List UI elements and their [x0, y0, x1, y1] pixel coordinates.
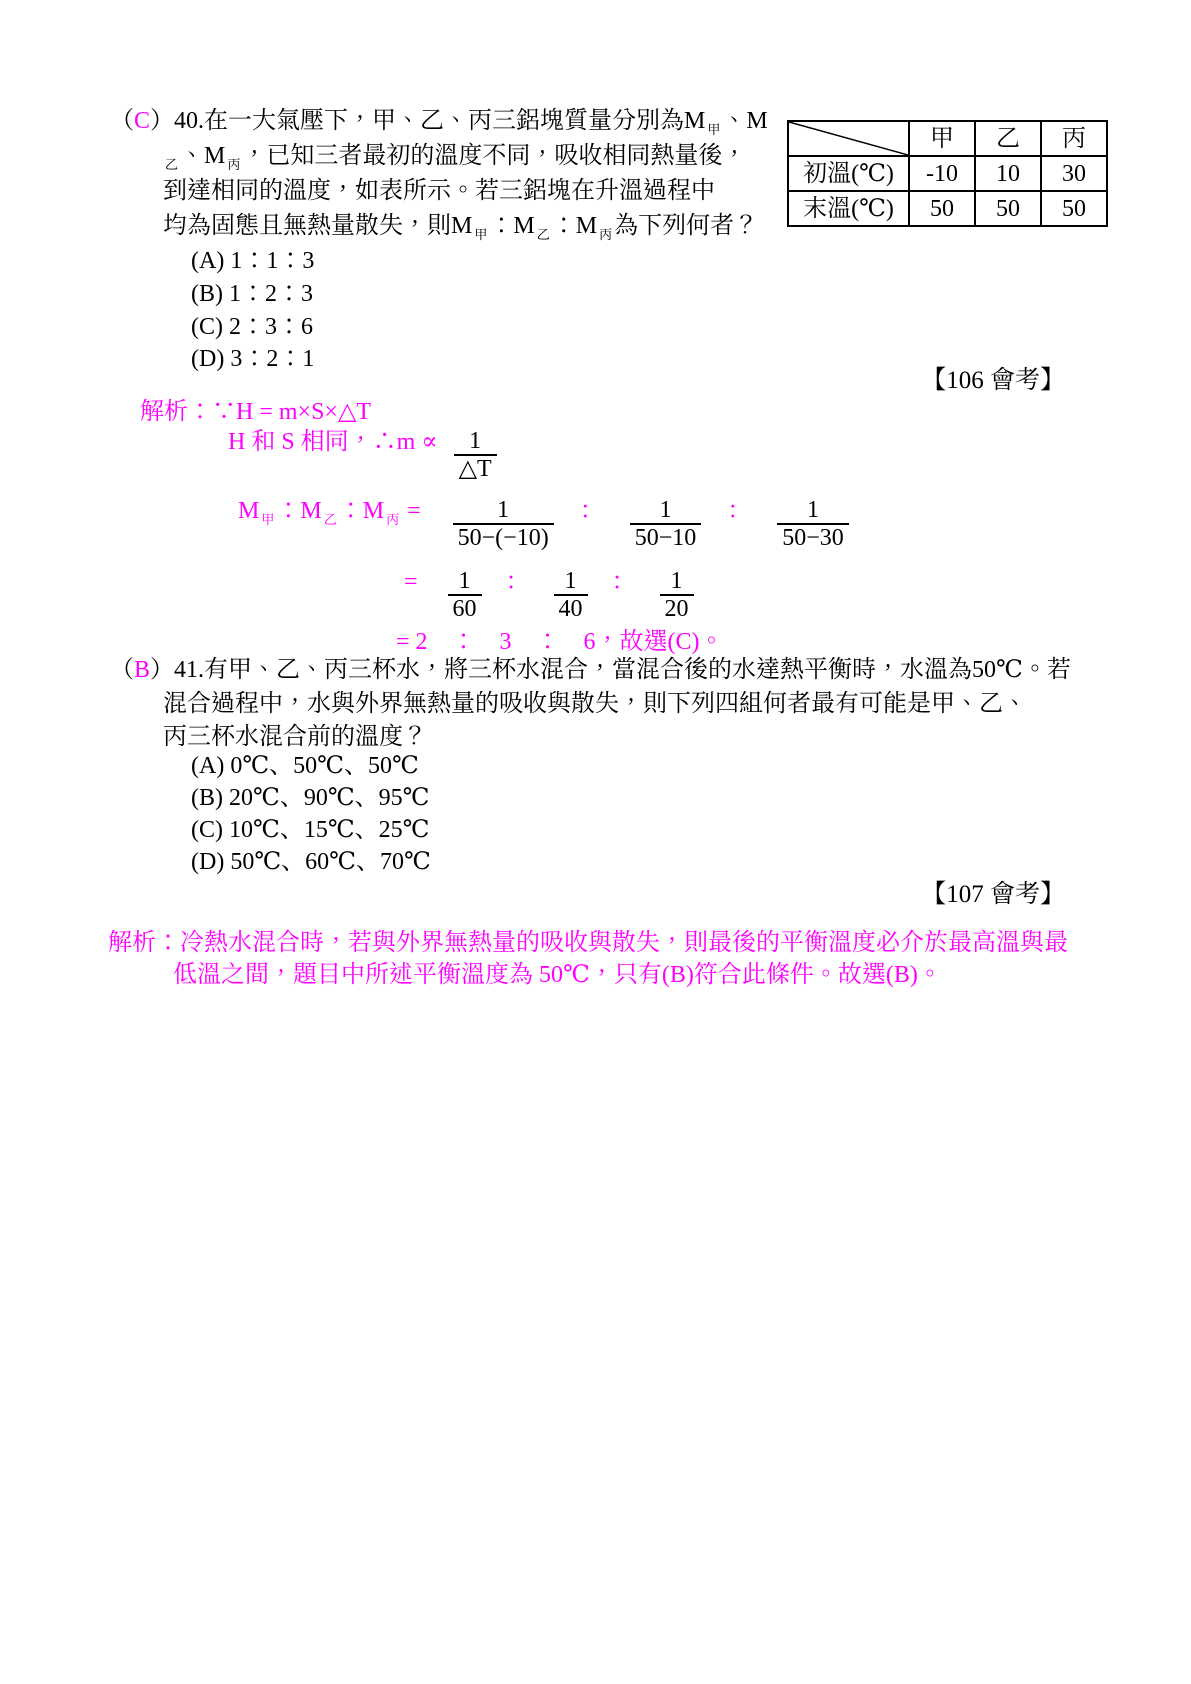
- sol41-text-1: 冷熱水混合時，若與外界無熱量的吸收與散失，則最後的平衡溫度必介於最高溫與最: [180, 930, 1068, 956]
- fraction-denominator: 50−10: [630, 523, 702, 551]
- row-label-initial-temp: 初溫(℃): [788, 156, 909, 191]
- equals-sign: =: [404, 568, 424, 596]
- q40-subscript-jia-2: 甲: [474, 227, 487, 242]
- table-header-row: 甲 乙 丙: [788, 121, 1107, 156]
- m-jia: M: [238, 498, 259, 524]
- m-bing-subscript: 丙: [386, 512, 399, 527]
- q41-text-3: 丙三杯水混合前的溫度？: [163, 724, 427, 750]
- q41-paren-close: ）: [150, 657, 174, 683]
- q41-option-d: (D) 50℃、60℃、70℃: [191, 847, 431, 877]
- sol40-label: 解析：: [140, 399, 212, 425]
- fraction-numerator: 1: [655, 497, 675, 523]
- q40-line-4: 均為固態且無熱量散失，則M甲：M乙：M丙為下列何者？: [163, 211, 758, 250]
- ratio-colon: ：: [580, 497, 604, 525]
- q40-text-2a: 、M: [180, 143, 225, 169]
- temperature-table: 甲 乙 丙 初溫(℃) -10 10 30 末溫(℃) 50 50 50: [787, 120, 1108, 227]
- q41-number: 41.: [174, 657, 204, 683]
- fraction-numerator: 1: [667, 568, 687, 594]
- frac-1-over-20: 120: [660, 568, 694, 622]
- q40-subscript-yi: 乙: [165, 157, 178, 172]
- q40-paren-open: （: [110, 108, 134, 134]
- q40-text-4b: ：M: [489, 213, 534, 239]
- sol41-line-2: 低溫之間，題目中所述平衡溫度為 50℃，只有(B)符合此條件。故選(B)。: [173, 960, 942, 990]
- q40-text-1a: 在一大氣壓下，甲、乙、丙三鋁塊質量分別為M: [204, 108, 705, 134]
- m-bing: ：M: [339, 498, 384, 524]
- q40-line-1: （C）40.在一大氣壓下，甲、乙、丙三鋁塊質量分別為M甲、M: [110, 106, 768, 145]
- frac-1-over-50-minus-30: 150−30: [777, 497, 849, 551]
- final-temp-bing: 50: [1041, 191, 1107, 226]
- q40-option-a: (A) 1：1：3: [191, 246, 314, 276]
- q41-option-c: (C) 10℃、15℃、25℃: [191, 815, 430, 845]
- q40-option-b: (B) 1：2：3: [191, 279, 313, 309]
- equals-sign: =: [401, 498, 427, 524]
- exam-page: （C）40.在一大氣壓下，甲、乙、丙三鋁塊質量分別為M甲、M 乙、M丙，已知三者…: [0, 0, 1191, 1684]
- ratio-colon: ：: [506, 568, 530, 596]
- q41-option-b: (B) 20℃、90℃、95℃: [191, 783, 430, 813]
- q40-text-4a: 均為固態且無熱量散失，則M: [163, 213, 472, 239]
- q40-option-d: (D) 3：2：1: [191, 344, 314, 374]
- ratio-colon: ：: [727, 497, 751, 525]
- frac-1-over-50-minus-neg10: 150−(−10): [453, 497, 554, 551]
- q40-paren-close: ）: [150, 108, 174, 134]
- q41-source-tag: 【107 會考】: [921, 874, 1065, 910]
- table-row-final-temp: 末溫(℃) 50 50 50: [788, 191, 1107, 226]
- fraction-numerator: 1: [455, 568, 475, 594]
- frac-1-over-40: 140: [554, 568, 588, 622]
- row-label-final-temp: 末溫(℃): [788, 191, 909, 226]
- frac-1-over-60: 160: [448, 568, 482, 622]
- sol40-line-1: 解析：∵H = m×S×△T: [140, 397, 371, 427]
- sol40-text-2: H 和 S 相同，∴m ∝: [228, 428, 438, 456]
- m-yi-subscript: 乙: [324, 512, 337, 527]
- q41-option-a: (A) 0℃、50℃、50℃: [191, 751, 419, 781]
- q40-line-3: 到達相同的溫度，如表所示。若三鋁塊在升溫過程中: [163, 176, 715, 206]
- q41-line-1: （B）41.有甲、乙、丙三杯水，將三杯水混合，當混合後的水達熱平衡時，水溫為50…: [110, 655, 1071, 685]
- sol40-mass-ratio-text: M甲：M乙：M丙 =: [238, 497, 427, 534]
- fraction-denominator: 50−30: [777, 523, 849, 551]
- table-row-initial-temp: 初溫(℃) -10 10 30: [788, 156, 1107, 191]
- q40-line-2: 乙、M丙，已知三者最初的溫度不同，吸收相同熱量後，: [163, 141, 746, 180]
- diagonal-line: [789, 122, 908, 155]
- q40-text-2b: ，已知三者最初的溫度不同，吸收相同熱量後，: [242, 143, 746, 169]
- q41-text-2: 混合過程中，水與外界無熱量的吸收與散失，則下列四組何者最有可能是甲、乙、: [163, 691, 1027, 717]
- q40-answer-letter: C: [134, 108, 150, 134]
- q40-subscript-yi-2: 乙: [537, 227, 550, 242]
- fraction-denominator: 20: [660, 594, 694, 622]
- fraction-numerator: 1: [493, 497, 513, 523]
- fraction-numerator: 1: [803, 497, 823, 523]
- final-temp-jia: 50: [909, 191, 975, 226]
- final-temp-yi: 50: [975, 191, 1041, 226]
- initial-temp-bing: 30: [1041, 156, 1107, 191]
- fraction-numerator: 1: [561, 568, 581, 594]
- q41-answer-letter: B: [134, 657, 150, 683]
- q40-option-c: (C) 2：3：6: [191, 312, 313, 342]
- sol40-line-5: = 2 ： 3 ： 6，故選(C)。: [396, 627, 724, 657]
- initial-temp-yi: 10: [975, 156, 1041, 191]
- sol41-label: 解析：: [108, 930, 180, 956]
- q40-subscript-bing-2: 丙: [599, 227, 612, 242]
- fraction-denominator: 60: [448, 594, 482, 622]
- q41-paren-open: （: [110, 657, 134, 683]
- q40-text-4d: 為下列何者？: [614, 213, 758, 239]
- sol41-line-1: 解析：冷熱水混合時，若與外界無熱量的吸收與散失，則最後的平衡溫度必介於最高溫與最: [108, 928, 1068, 958]
- fraction-denominator: △T: [454, 454, 497, 482]
- q40-text-1b: 、M: [722, 108, 767, 134]
- m-yi: ：M: [276, 498, 321, 524]
- frac-1-over-50-minus-10: 150−10: [630, 497, 702, 551]
- q40-source-tag: 【106 會考】: [921, 360, 1065, 396]
- q40-subscript-bing: 丙: [227, 157, 240, 172]
- ratio-colon: ：: [612, 568, 636, 596]
- q40-text-4c: ：M: [552, 213, 597, 239]
- initial-temp-jia: -10: [909, 156, 975, 191]
- table-diagonal-cell: [788, 121, 909, 156]
- q40-subscript-jia: 甲: [707, 122, 720, 137]
- fraction-numerator: 1: [465, 428, 485, 454]
- q41-line-3: 丙三杯水混合前的溫度？: [163, 722, 427, 752]
- q40-text-3: 到達相同的溫度，如表所示。若三鋁塊在升溫過程中: [163, 178, 715, 204]
- m-jia-subscript: 甲: [261, 512, 274, 527]
- fraction-denominator: 40: [554, 594, 588, 622]
- fraction-denominator: 50−(−10): [453, 523, 554, 551]
- q40-number: 40.: [174, 108, 204, 134]
- frac-1-over-delta-t: 1△T: [454, 428, 497, 482]
- table-header-yi: 乙: [975, 121, 1041, 156]
- sol40-line-3: M甲：M乙：M丙 = 150−(−10) ： 150−10 ： 150−30: [238, 497, 849, 551]
- table-header-bing: 丙: [1041, 121, 1107, 156]
- sol40-line-2: H 和 S 相同，∴m ∝ 1△T: [228, 428, 497, 482]
- table-header-jia: 甲: [909, 121, 975, 156]
- sol40-formula: ∵H = m×S×△T: [212, 399, 371, 425]
- q41-line-2: 混合過程中，水與外界無熱量的吸收與散失，則下列四組何者最有可能是甲、乙、: [163, 689, 1027, 719]
- q41-text-1: 有甲、乙、丙三杯水，將三杯水混合，當混合後的水達熱平衡時，水溫為50℃。若: [204, 657, 1071, 683]
- sol40-line-4: = 160 ： 140 ： 120: [404, 568, 694, 622]
